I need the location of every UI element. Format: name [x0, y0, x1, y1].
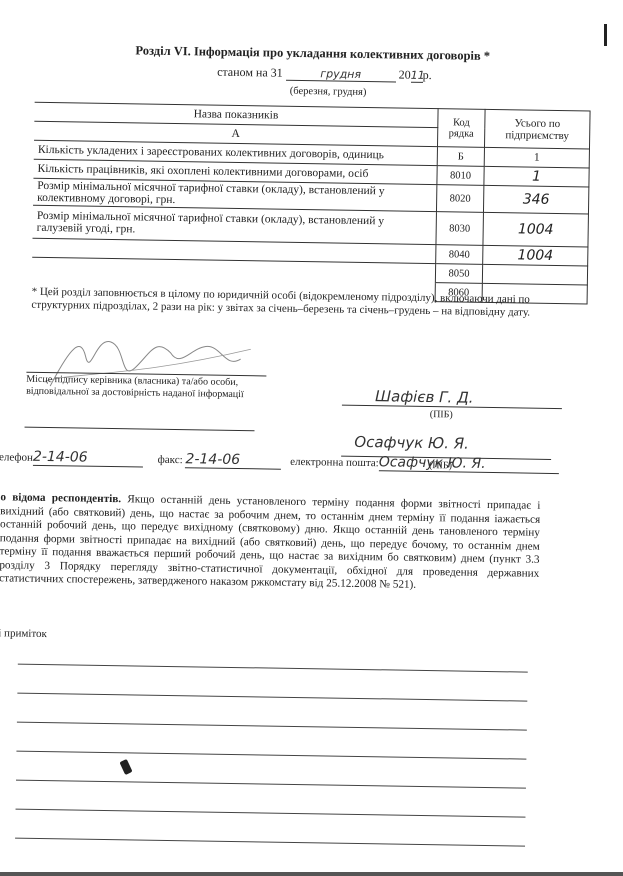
row-code: 8050 — [435, 264, 482, 284]
pib-label: (ПІБ) — [430, 409, 453, 420]
row-value[interactable]: 1 — [484, 166, 589, 187]
as-of-line: станом на 31 грудня 2011р. — [217, 65, 432, 83]
email-label: електронна пошта: — [290, 456, 379, 469]
notice-text: Якщо останній день установленого терміну… — [0, 493, 540, 591]
header-col-number: 1 — [484, 147, 589, 168]
section-title: Розділ VI. Інформація про укладання коле… — [135, 43, 490, 64]
signature-place-label: Місце підпису керівника (власника) та/аб… — [26, 374, 266, 402]
row-code: 8020 — [436, 185, 483, 213]
row-value[interactable]: 1004 — [483, 212, 589, 247]
remarks-line-7[interactable] — [15, 838, 525, 847]
email-field[interactable]: Осафчук Ю. Я. — [379, 454, 559, 474]
as-of-year-suffix: р. — [423, 68, 432, 82]
remarks-line-1[interactable] — [18, 664, 528, 673]
blank-line — [25, 427, 255, 432]
head-name-field[interactable]: Шафієв Г. Д. — [375, 387, 474, 407]
header-letter-b: Б — [437, 147, 484, 167]
as-of-month-field[interactable]: грудня — [286, 67, 396, 83]
document-page: Розділ VI. Інформація про укладання коле… — [0, 0, 623, 876]
header-code: Код рядка — [437, 109, 485, 148]
fax-field[interactable]: 2-14-06 — [185, 451, 281, 470]
fax-label: факс: — [158, 454, 183, 466]
row-value[interactable]: 1004 — [483, 245, 588, 266]
row-code: 8030 — [436, 212, 484, 246]
phone-field[interactable]: 2-14-06 — [33, 449, 143, 468]
header-total: Усього по підприємству — [484, 109, 590, 149]
row-code: 8010 — [437, 166, 484, 186]
remarks-label: і приміток — [0, 627, 47, 640]
scan-mark-icon — [604, 24, 607, 46]
responsible-name-field[interactable]: Осафчук Ю. Я. — [354, 433, 469, 453]
collective-agreements-table: Назва показників Код рядка Усього по під… — [32, 88, 591, 305]
respondent-notice: о відома респондентів. Якщо останній ден… — [0, 491, 540, 594]
remarks-line-4[interactable] — [16, 751, 526, 760]
notice-bold-prefix: о відома респондентів. — [0, 491, 121, 505]
as-of-year-prefix: 20 — [399, 68, 411, 82]
contacts-row: елефон2-14-06 факс: 2-14-06 електронна п… — [0, 448, 559, 474]
scan-bottom-edge — [0, 872, 623, 876]
as-of-year-field[interactable]: 11 — [411, 69, 423, 83]
remarks-line-2[interactable] — [17, 693, 527, 702]
phone-label: елефон — [0, 451, 33, 464]
remarks-line-5[interactable] — [16, 780, 526, 789]
remarks-line-6[interactable] — [16, 809, 526, 818]
row-value[interactable] — [482, 264, 587, 285]
row-value[interactable]: 346 — [483, 185, 588, 214]
remarks-line-3[interactable] — [17, 722, 527, 731]
row-code: 8040 — [436, 245, 483, 265]
as-of-prefix: станом на 31 — [217, 65, 283, 80]
